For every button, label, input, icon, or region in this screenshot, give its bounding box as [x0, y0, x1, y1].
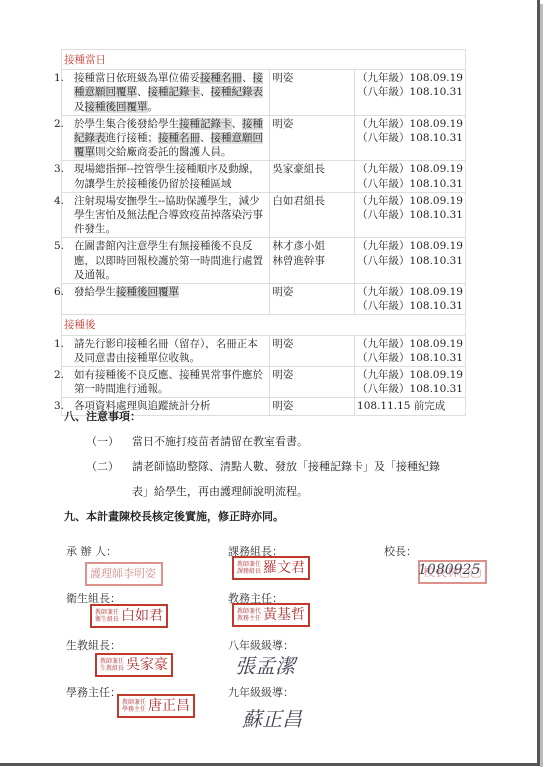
- table-row: 1.接種當日依班級為單位備妥接種名冊、接種意願回覆單、接種記錄卡、接種紀錄表及接…: [62, 70, 466, 116]
- section-9-heading: 九、本計畫陳校長核定後實施，修正時亦同。: [64, 504, 484, 529]
- task-cell: 2.於學生集合後發給學生接種記錄卡、接種紀錄表進行接種；接種名冊、接種意願回覆單…: [62, 115, 270, 161]
- grade9-label: 九年級級導：: [228, 684, 294, 700]
- owner-cell: 明姿: [270, 70, 355, 116]
- section-8-heading: 八、注意事項：: [64, 404, 484, 429]
- note-item: （二）請老師協助整隊、清點人數、發放「接種記錄卡」及「接種紀錄: [64, 454, 484, 479]
- principal-signature: 1080925: [418, 562, 480, 578]
- note-label: （一）: [86, 429, 132, 454]
- date-cell: （九年級）108.09.19 （八年級）108.10.31: [355, 335, 466, 366]
- table-row: 5.在圖書館內注意學生有無接種後不良反應，以即時回報校護於第一時間進行處置及通報…: [62, 238, 466, 284]
- academic-stamp: 教師兼代 教務主任黃基哲: [232, 603, 310, 627]
- section-title: 接種當日: [62, 50, 466, 70]
- date-cell: （九年級）108.09.19 （八年級）108.10.31: [355, 115, 466, 161]
- table-row: 3.現場總指揮--控管學生接種順序及動線，勿讓學生於接種後仍留於接種區域 吳家豪…: [62, 161, 466, 192]
- discipline-label: 生教組長：: [66, 637, 121, 653]
- note-text: 當日不施打疫苗者請留在教室看書。: [132, 435, 308, 448]
- task-cell: 5.在圖書館內注意學生有無接種後不良反應，以即時回報校護於第一時間進行處置及通報…: [62, 238, 270, 284]
- notes-section: 八、注意事項： （一）當日不施打疫苗者請留在教室看書。 （二）請老師協助整隊、清…: [64, 404, 484, 529]
- owner-cell: 明姿: [270, 284, 355, 315]
- health-stamp: 教師兼任 衛生組長白如君: [90, 604, 168, 628]
- owner-cell: 明姿: [270, 335, 355, 366]
- owner-cell: 吳家豪組長: [270, 161, 355, 192]
- owner-cell: 白如君組長: [270, 192, 355, 238]
- task-cell: 2.如有接種後不良反應、接種異常事件應於第一時間進行通報。: [62, 367, 270, 398]
- table-row: 2.如有接種後不良反應、接種異常事件應於第一時間進行通報。 明姿 （九年級）10…: [62, 367, 466, 398]
- table-row: 1.請先行影印接種名冊（留存），名冊正本及同意書由接種單位收執。 明姿 （九年級…: [62, 335, 466, 366]
- date-cell: （九年級）108.09.19 （八年級）108.10.31: [355, 367, 466, 398]
- section-header-after: 接種後: [62, 315, 466, 335]
- date-cell: （九年級）108.09.19 （八年級）108.10.31: [355, 238, 466, 284]
- date-cell: （九年級）108.09.19 （八年級）108.10.31: [355, 284, 466, 315]
- table-row: 4.注射現場安撫學生--協助保護學生，減少學生害怕及無法配合導致疫苗掉落染污事件…: [62, 192, 466, 238]
- organizer-stamp: 護理師李明姿: [85, 562, 163, 586]
- task-cell: 1.請先行影印接種名冊（留存），名冊正本及同意書由接種單位收執。: [62, 335, 270, 366]
- note-item: （一）當日不施打疫苗者請留在教室看書。: [64, 429, 484, 454]
- task-cell: 3.現場總指揮--控管學生接種順序及動線，勿讓學生於接種後仍留於接種區域: [62, 161, 270, 192]
- table-row: 6.發給學生接種後回覆單 明姿 （九年級）108.09.19 （八年級）108.…: [62, 284, 466, 315]
- task-cell: 4.注射現場安撫學生--協助保護學生，減少學生害怕及無法配合導致疫苗掉落染污事件…: [62, 192, 270, 238]
- discipline-stamp: 教師兼任 生教組長吳家豪: [95, 653, 173, 677]
- note-text: 請老師協助整隊、清點人數、發放「接種記錄卡」及「接種紀錄: [132, 460, 440, 473]
- student-affairs-label: 學務主任：: [66, 684, 121, 700]
- student-affairs-stamp: 教師兼任 學務主任唐正昌: [117, 694, 195, 718]
- task-cell: 6.發給學生接種後回覆單: [62, 284, 270, 315]
- date-cell: （九年級）108.09.19 （八年級）108.10.31: [355, 70, 466, 116]
- section-title: 接種後: [62, 315, 466, 335]
- grade9-signature: 蘇正昌: [242, 703, 302, 732]
- date-cell: （九年級）108.09.19 （八年級）108.10.31: [355, 161, 466, 192]
- task-cell: 1.接種當日依班級為單位備妥接種名冊、接種意願回覆單、接種記錄卡、接種紀錄表及接…: [62, 70, 270, 116]
- owner-cell: 林才彥小姐 林曾進幹事: [270, 238, 355, 284]
- note-continuation: 表」給學生，再由護理師說明流程。: [64, 479, 484, 504]
- note-label: （二）: [86, 454, 132, 479]
- owner-cell: 明姿: [270, 367, 355, 398]
- section-header-day-of: 接種當日: [62, 50, 466, 70]
- owner-cell: 明姿: [270, 115, 355, 161]
- document-page: 接種當日 1.接種當日依班級為單位備妥接種名冊、接種意願回覆單、接種記錄卡、接種…: [0, 0, 540, 766]
- table-row: 2.於學生集合後發給學生接種記錄卡、接種紀錄表進行接種；接種名冊、接種意願回覆單…: [62, 115, 466, 161]
- vaccination-plan-table: 接種當日 1.接種當日依班級為單位備妥接種名冊、接種意願回覆單、接種記錄卡、接種…: [61, 49, 466, 416]
- curriculum-stamp: 教師兼任 課務組長羅文君: [232, 556, 310, 580]
- principal-label: 校長：: [384, 543, 417, 559]
- organizer-label: 承 辦 人：: [66, 543, 117, 559]
- date-cell: （九年級）108.09.19 （八年級）108.10.31: [355, 192, 466, 238]
- grade8-signature: 張孟潔: [235, 650, 295, 679]
